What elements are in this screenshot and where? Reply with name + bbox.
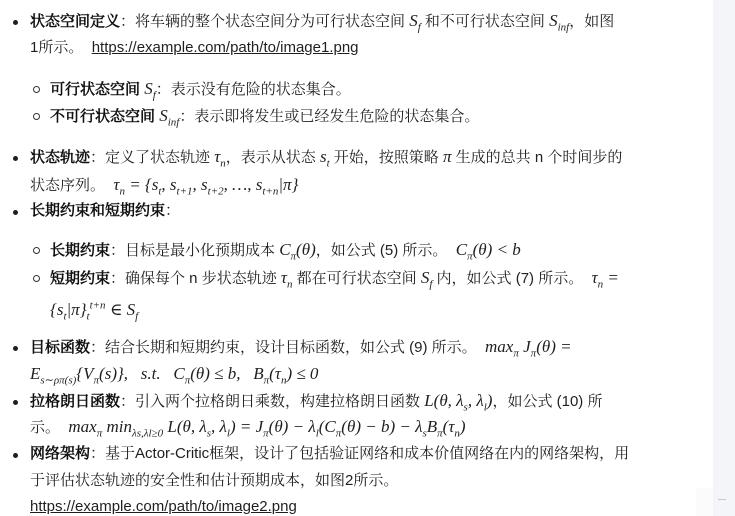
- subitem-text: 内，如公式 (7) 所示。: [432, 270, 583, 287]
- item-title: 长期约束和短期约束: [30, 202, 165, 219]
- sub-bullet-icon: [33, 113, 40, 120]
- math-sf: Sf: [144, 79, 156, 98]
- item-text: ：: [165, 202, 180, 219]
- item-trajectory: 状态轨迹：定义了状态轨迹 τn，表示从状态 st 开始，按照策略 π 生成的总共…: [30, 147, 622, 169]
- side-panel: [713, 0, 735, 516]
- formula-lagrangian: maxπ minλs,λl≥0 L(θ, λs, λl) = Jπ(θ) − λ…: [68, 417, 465, 436]
- bullet-icon: [13, 20, 18, 25]
- bullet-icon: [13, 210, 18, 215]
- sub-bullet-icon: [33, 275, 40, 282]
- math-tau-n: τn: [214, 147, 226, 166]
- item-text: 状态序列。: [30, 177, 105, 194]
- image2-link[interactable]: https://example.com/path/to/image2.png: [30, 498, 297, 515]
- subitem-short-term: 短期约束：确保每个 n 步状态轨迹 τn 都在可行状态空间 Sf 内，如公式 (…: [50, 268, 619, 290]
- subitem-text: ：表示即将发生或已经发生危险的状态集合。: [179, 108, 479, 125]
- item-state-space-line2: 1所示。 https://example.com/path/to/image1.…: [30, 38, 359, 60]
- math-sf: Sf: [421, 268, 433, 287]
- item-lagrangian-line2: 示。 maxπ minλs,λl≥0 L(θ, λs, λl) = Jπ(θ) …: [30, 417, 466, 439]
- subitem-title: 短期约束: [50, 270, 110, 287]
- item-text: ，表示从状态: [226, 149, 320, 166]
- item-network: 网络架构：基于Actor-Critic框架，设计了包括验证网络和成本价值网络在内…: [30, 444, 629, 466]
- formula-trajectory: τn = {st, st+1, st+2, …, st+n|π}: [113, 175, 298, 194]
- formula-objective-b: Es∼ρπ(s){Vπ(s)}, s.t. Cπ(θ) ≤ b, Bπ(τn) …: [30, 364, 318, 383]
- item-network-line2: 于评估状态轨迹的安全性和估计预期成本，如图2所示。: [30, 471, 398, 493]
- sub-bullet-icon: [33, 86, 40, 93]
- subitem-text: ，如公式 (5) 所示。: [316, 242, 448, 259]
- math-sinf: Sinf: [549, 11, 569, 30]
- math-sf: Sf: [409, 11, 421, 30]
- formula-long-term: Cπ(θ) < b: [456, 240, 521, 259]
- item-text: ：定义了状态轨迹: [90, 149, 214, 166]
- subitem-text: 都在可行状态空间: [292, 270, 420, 287]
- math-sinf: Sinf: [159, 106, 179, 125]
- item-objective: 目标函数：结合长期和短期约束，设计目标函数，如公式 (9) 所示。 maxπ J…: [30, 337, 572, 359]
- item-text: ，如公式 (10) 所: [492, 393, 602, 410]
- image1-link[interactable]: https://example.com/path/to/image1.png: [92, 39, 359, 56]
- bullet-icon: [13, 453, 18, 458]
- subitem-feasible: 可行状态空间 Sf：表示没有危险的状态集合。: [50, 79, 351, 101]
- item-network-line3: https://example.com/path/to/image2.png: [30, 497, 297, 516]
- item-text: 示。: [30, 419, 60, 436]
- item-text: 生成的总共 n 个时间步的: [452, 149, 623, 166]
- bullet-icon: [13, 156, 18, 161]
- item-objective-line2: Es∼ρπ(s){Vπ(s)}, s.t. Cπ(θ) ≤ b, Bπ(τn) …: [30, 364, 318, 386]
- corner-mark: [718, 499, 726, 500]
- subitem-infeasible: 不可行状态空间 Sinf：表示即将发生或已经发生危险的状态集合。: [50, 106, 479, 128]
- item-title: 状态轨迹: [30, 149, 90, 166]
- item-text: 于评估状态轨迹的安全性和估计预期成本，如图2所示。: [30, 472, 398, 489]
- formula-objective-a: maxπ Jπ(θ) =: [485, 337, 572, 356]
- subitem-title: 不可行状态空间: [50, 108, 155, 125]
- corner-box: [696, 488, 713, 516]
- bullet-icon: [13, 400, 18, 405]
- formula-short-term-a: τn =: [592, 268, 619, 287]
- item-constraints: 长期约束和短期约束：: [30, 201, 180, 223]
- item-trajectory-line2: 状态序列。 τn = {st, st+1, st+2, …, st+n|π}: [30, 175, 298, 197]
- formula-short-term-b: {st|π}tt+n ∈ Sf: [50, 300, 138, 319]
- subitem-text: ：确保每个 n 步状态轨迹: [110, 270, 281, 287]
- item-state-space: 状态空间定义：将车辆的整个状态空间分为可行状态空间 Sf 和不可行状态空间 Si…: [30, 11, 614, 33]
- item-title: 状态空间定义: [30, 13, 120, 30]
- item-lagrangian: 拉格朗日函数：引入两个拉格朗日乘数，构建拉格朗日函数 L(θ, λs, λl)，…: [30, 391, 602, 413]
- math-tau-n: τn: [281, 268, 293, 287]
- item-text: ：将车辆的整个状态空间分为可行状态空间: [120, 13, 409, 30]
- item-title: 网络架构: [30, 445, 90, 462]
- math-st: st: [320, 147, 330, 166]
- item-text: ：基于Actor-Critic框架，设计了包括验证网络和成本价值网络在内的网络架…: [90, 445, 629, 462]
- item-title: 目标函数: [30, 339, 90, 356]
- subitem-text: ：目标是最小化预期成本: [110, 242, 279, 259]
- item-text: ：结合长期和短期约束，设计目标函数，如公式 (9) 所示。: [90, 339, 477, 356]
- item-text: 1所示。: [30, 39, 83, 56]
- subitem-title: 可行状态空间: [50, 81, 140, 98]
- math-cost: Cπ(θ): [279, 240, 316, 259]
- math-pi: π: [443, 147, 452, 166]
- item-text: 和不可行状态空间: [421, 13, 549, 30]
- item-text: ，如图: [569, 13, 614, 30]
- subitem-title: 长期约束: [50, 242, 110, 259]
- item-text: ：引入两个拉格朗日乘数，构建拉格朗日函数: [120, 393, 424, 410]
- sub-bullet-icon: [33, 247, 40, 254]
- subitem-short-term-line2: {st|π}tt+n ∈ Sf: [50, 295, 138, 317]
- bullet-icon: [13, 346, 18, 351]
- math-lagrangian: L(θ, λs, λl): [424, 391, 492, 410]
- item-text: 开始，按照策略: [330, 149, 443, 166]
- item-title: 拉格朗日函数: [30, 393, 120, 410]
- subitem-long-term: 长期约束：目标是最小化预期成本 Cπ(θ)，如公式 (5) 所示。 Cπ(θ) …: [50, 240, 521, 262]
- subitem-text: ：表示没有危险的状态集合。: [156, 81, 351, 98]
